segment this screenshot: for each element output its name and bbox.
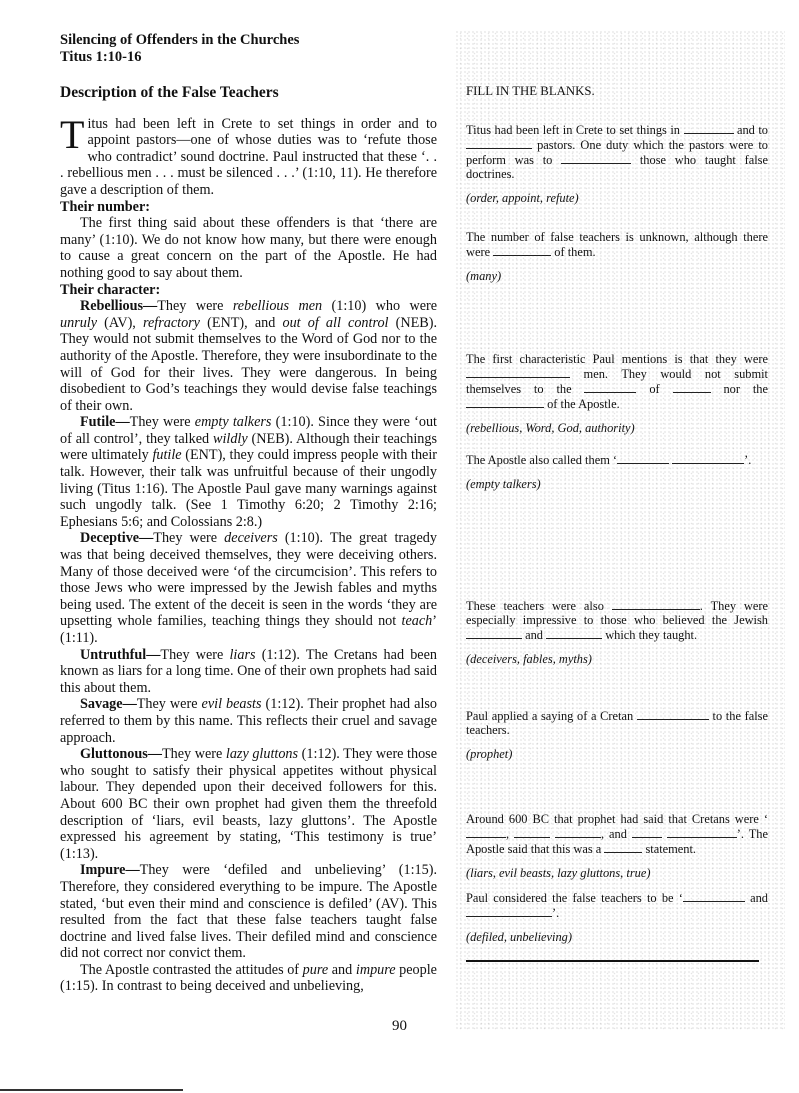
- answer-key: (many): [466, 269, 768, 283]
- worksheet-question: Paul considered the false teachers to be…: [466, 890, 768, 944]
- emphasis-text: wildly: [213, 431, 248, 447]
- main-text-column: Silencing of Offenders in the Churches T…: [60, 32, 437, 995]
- answer-blank[interactable]: [493, 244, 551, 256]
- worksheet-question: The Apostle also called them ‘ ’.(empty …: [466, 452, 768, 491]
- trait-term: Futile—: [80, 414, 130, 430]
- answer-blank[interactable]: [514, 826, 550, 838]
- answer-blank[interactable]: [632, 826, 662, 838]
- answer-key: (defiled, unbelieving): [466, 930, 768, 944]
- body-text: (1:10) who were: [322, 298, 437, 314]
- answer-blank[interactable]: [683, 890, 745, 902]
- answer-key: (deceivers, fables, myths): [466, 652, 768, 666]
- intro-text: itus had been left in Crete to set thing…: [60, 116, 437, 198]
- emphasis-text: deceivers: [224, 530, 278, 546]
- question-text: Paul considered the false teachers to be…: [466, 890, 768, 920]
- emphasis-text: liars: [229, 647, 255, 663]
- answer-blank[interactable]: [546, 627, 602, 639]
- emphasis-text: empty talkers: [195, 414, 272, 430]
- body-text: They were: [160, 647, 229, 663]
- emphasis-text: out of all control: [282, 315, 388, 331]
- answer-blank[interactable]: [617, 452, 669, 464]
- trait-term: Untruthful—: [80, 647, 160, 663]
- emphasis-text: pure: [303, 962, 328, 978]
- body-text: They were: [137, 696, 202, 712]
- question-text: Titus had been left in Crete to set thin…: [466, 122, 768, 181]
- body-text: They were: [157, 298, 233, 314]
- subheading-character: Their character:: [60, 282, 437, 299]
- answer-blank[interactable]: [466, 396, 544, 408]
- worksheet-question: Titus had been left in Crete to set thin…: [466, 122, 768, 205]
- trait-paragraph: Deceptive—They were deceivers (1:10). Th…: [60, 530, 437, 646]
- trait-paragraph: Rebellious—They were rebellious men (1:1…: [60, 298, 437, 414]
- answer-blank[interactable]: [612, 598, 700, 610]
- worksheet-question: The number of false teachers is unknown,…: [466, 230, 768, 283]
- intro-paragraph: Titus had been left in Crete to set thin…: [60, 116, 437, 199]
- trait-term: Savage—: [80, 696, 137, 712]
- answer-key: (liars, evil beasts, lazy gluttons, true…: [466, 866, 768, 880]
- answer-blank[interactable]: [584, 381, 636, 393]
- closing-paragraph: The Apostle contrasted the attitudes of …: [60, 962, 437, 995]
- body-text: The Apostle contrasted the attitudes of: [80, 962, 303, 978]
- answer-key: (prophet): [466, 747, 768, 761]
- body-text: (1:12). They were those who sought to sa…: [60, 746, 437, 862]
- answer-blank[interactable]: [673, 381, 711, 393]
- scan-artifact-line: [0, 1089, 183, 1091]
- trait-list: Rebellious—They were rebellious men (1:1…: [60, 298, 437, 962]
- answer-blank[interactable]: [466, 366, 570, 378]
- trait-term: Impure—: [80, 862, 140, 878]
- page-number: 90: [0, 1018, 799, 1035]
- answer-blank[interactable]: [466, 627, 522, 639]
- body-text: They were: [130, 414, 195, 430]
- trait-paragraph: Savage—They were evil beasts (1:12). The…: [60, 696, 437, 746]
- section-heading: Description of the False Teachers: [60, 85, 437, 102]
- body-text: (AV),: [97, 315, 143, 331]
- answer-blank[interactable]: [555, 826, 601, 838]
- trait-term: Rebellious—: [80, 298, 157, 314]
- worksheet-question: These teachers were also . They were esp…: [466, 598, 768, 666]
- emphasis-text: lazy gluttons: [226, 746, 298, 762]
- question-text: Paul applied a saying of a Cretan to the…: [466, 708, 768, 737]
- worksheet-question: Around 600 BC that prophet had said that…: [466, 812, 768, 880]
- answer-key: (empty talkers): [466, 477, 768, 491]
- answer-blank[interactable]: [637, 708, 709, 720]
- worksheet-question: The first characteristic Paul mentions i…: [466, 352, 768, 435]
- trait-paragraph: Futile—They were empty talkers (1:10). S…: [60, 414, 437, 530]
- answer-key: (rebellious, Word, God, authority): [466, 421, 768, 435]
- drop-cap: T: [60, 119, 84, 150]
- answer-blank[interactable]: [561, 152, 631, 164]
- answer-blank[interactable]: [672, 452, 744, 464]
- question-text: The Apostle also called them ‘ ’.: [466, 452, 768, 467]
- answer-key: (order, appoint, refute): [466, 191, 768, 205]
- question-text: These teachers were also . They were esp…: [466, 598, 768, 642]
- body-text: They were: [162, 746, 226, 762]
- emphasis-text: futile: [152, 447, 181, 463]
- body-text: and: [328, 962, 356, 978]
- number-paragraph: The first thing said about these offende…: [60, 215, 437, 281]
- question-text: The number of false teachers is unknown,…: [466, 230, 768, 259]
- body-text: (ENT), and: [200, 315, 282, 331]
- trait-paragraph: Gluttonous—They were lazy gluttons (1:12…: [60, 746, 437, 862]
- answer-blank[interactable]: [684, 122, 734, 134]
- trait-paragraph: Impure—They were ‘defiled and unbelievin…: [60, 862, 437, 962]
- emphasis-text: impure: [356, 962, 396, 978]
- emphasis-text: rebellious men: [233, 298, 322, 314]
- worksheet-heading: FILL IN THE BLANKS.: [466, 84, 595, 98]
- answer-blank[interactable]: [667, 826, 737, 838]
- divider-rule: [466, 960, 759, 962]
- emphasis-text: teach: [402, 613, 433, 629]
- trait-term: Gluttonous—: [80, 746, 162, 762]
- subheading-number: Their number:: [60, 199, 437, 216]
- trait-paragraph: Untruthful—They were liars (1:12). The C…: [60, 647, 437, 697]
- question-text: Around 600 BC that prophet had said that…: [466, 812, 768, 856]
- emphasis-text: evil beasts: [202, 696, 262, 712]
- emphasis-text: refractory: [143, 315, 200, 331]
- answer-blank[interactable]: [466, 905, 552, 917]
- fill-in-blanks-sidebar: FILL IN THE BLANKS. Titus had been left …: [455, 30, 785, 1030]
- answer-blank[interactable]: [466, 826, 506, 838]
- question-text: The first characteristic Paul mentions i…: [466, 352, 768, 411]
- chapter-title: Silencing of Offenders in the Churches: [60, 32, 437, 49]
- answer-blank[interactable]: [604, 841, 642, 853]
- emphasis-text: unruly: [60, 315, 97, 331]
- trait-term: Deceptive—: [80, 530, 153, 546]
- scripture-reference: Titus 1:10-16: [60, 49, 437, 66]
- answer-blank[interactable]: [466, 137, 532, 149]
- worksheet-question: Paul applied a saying of a Cretan to the…: [466, 708, 768, 761]
- body-text: They were: [153, 530, 224, 546]
